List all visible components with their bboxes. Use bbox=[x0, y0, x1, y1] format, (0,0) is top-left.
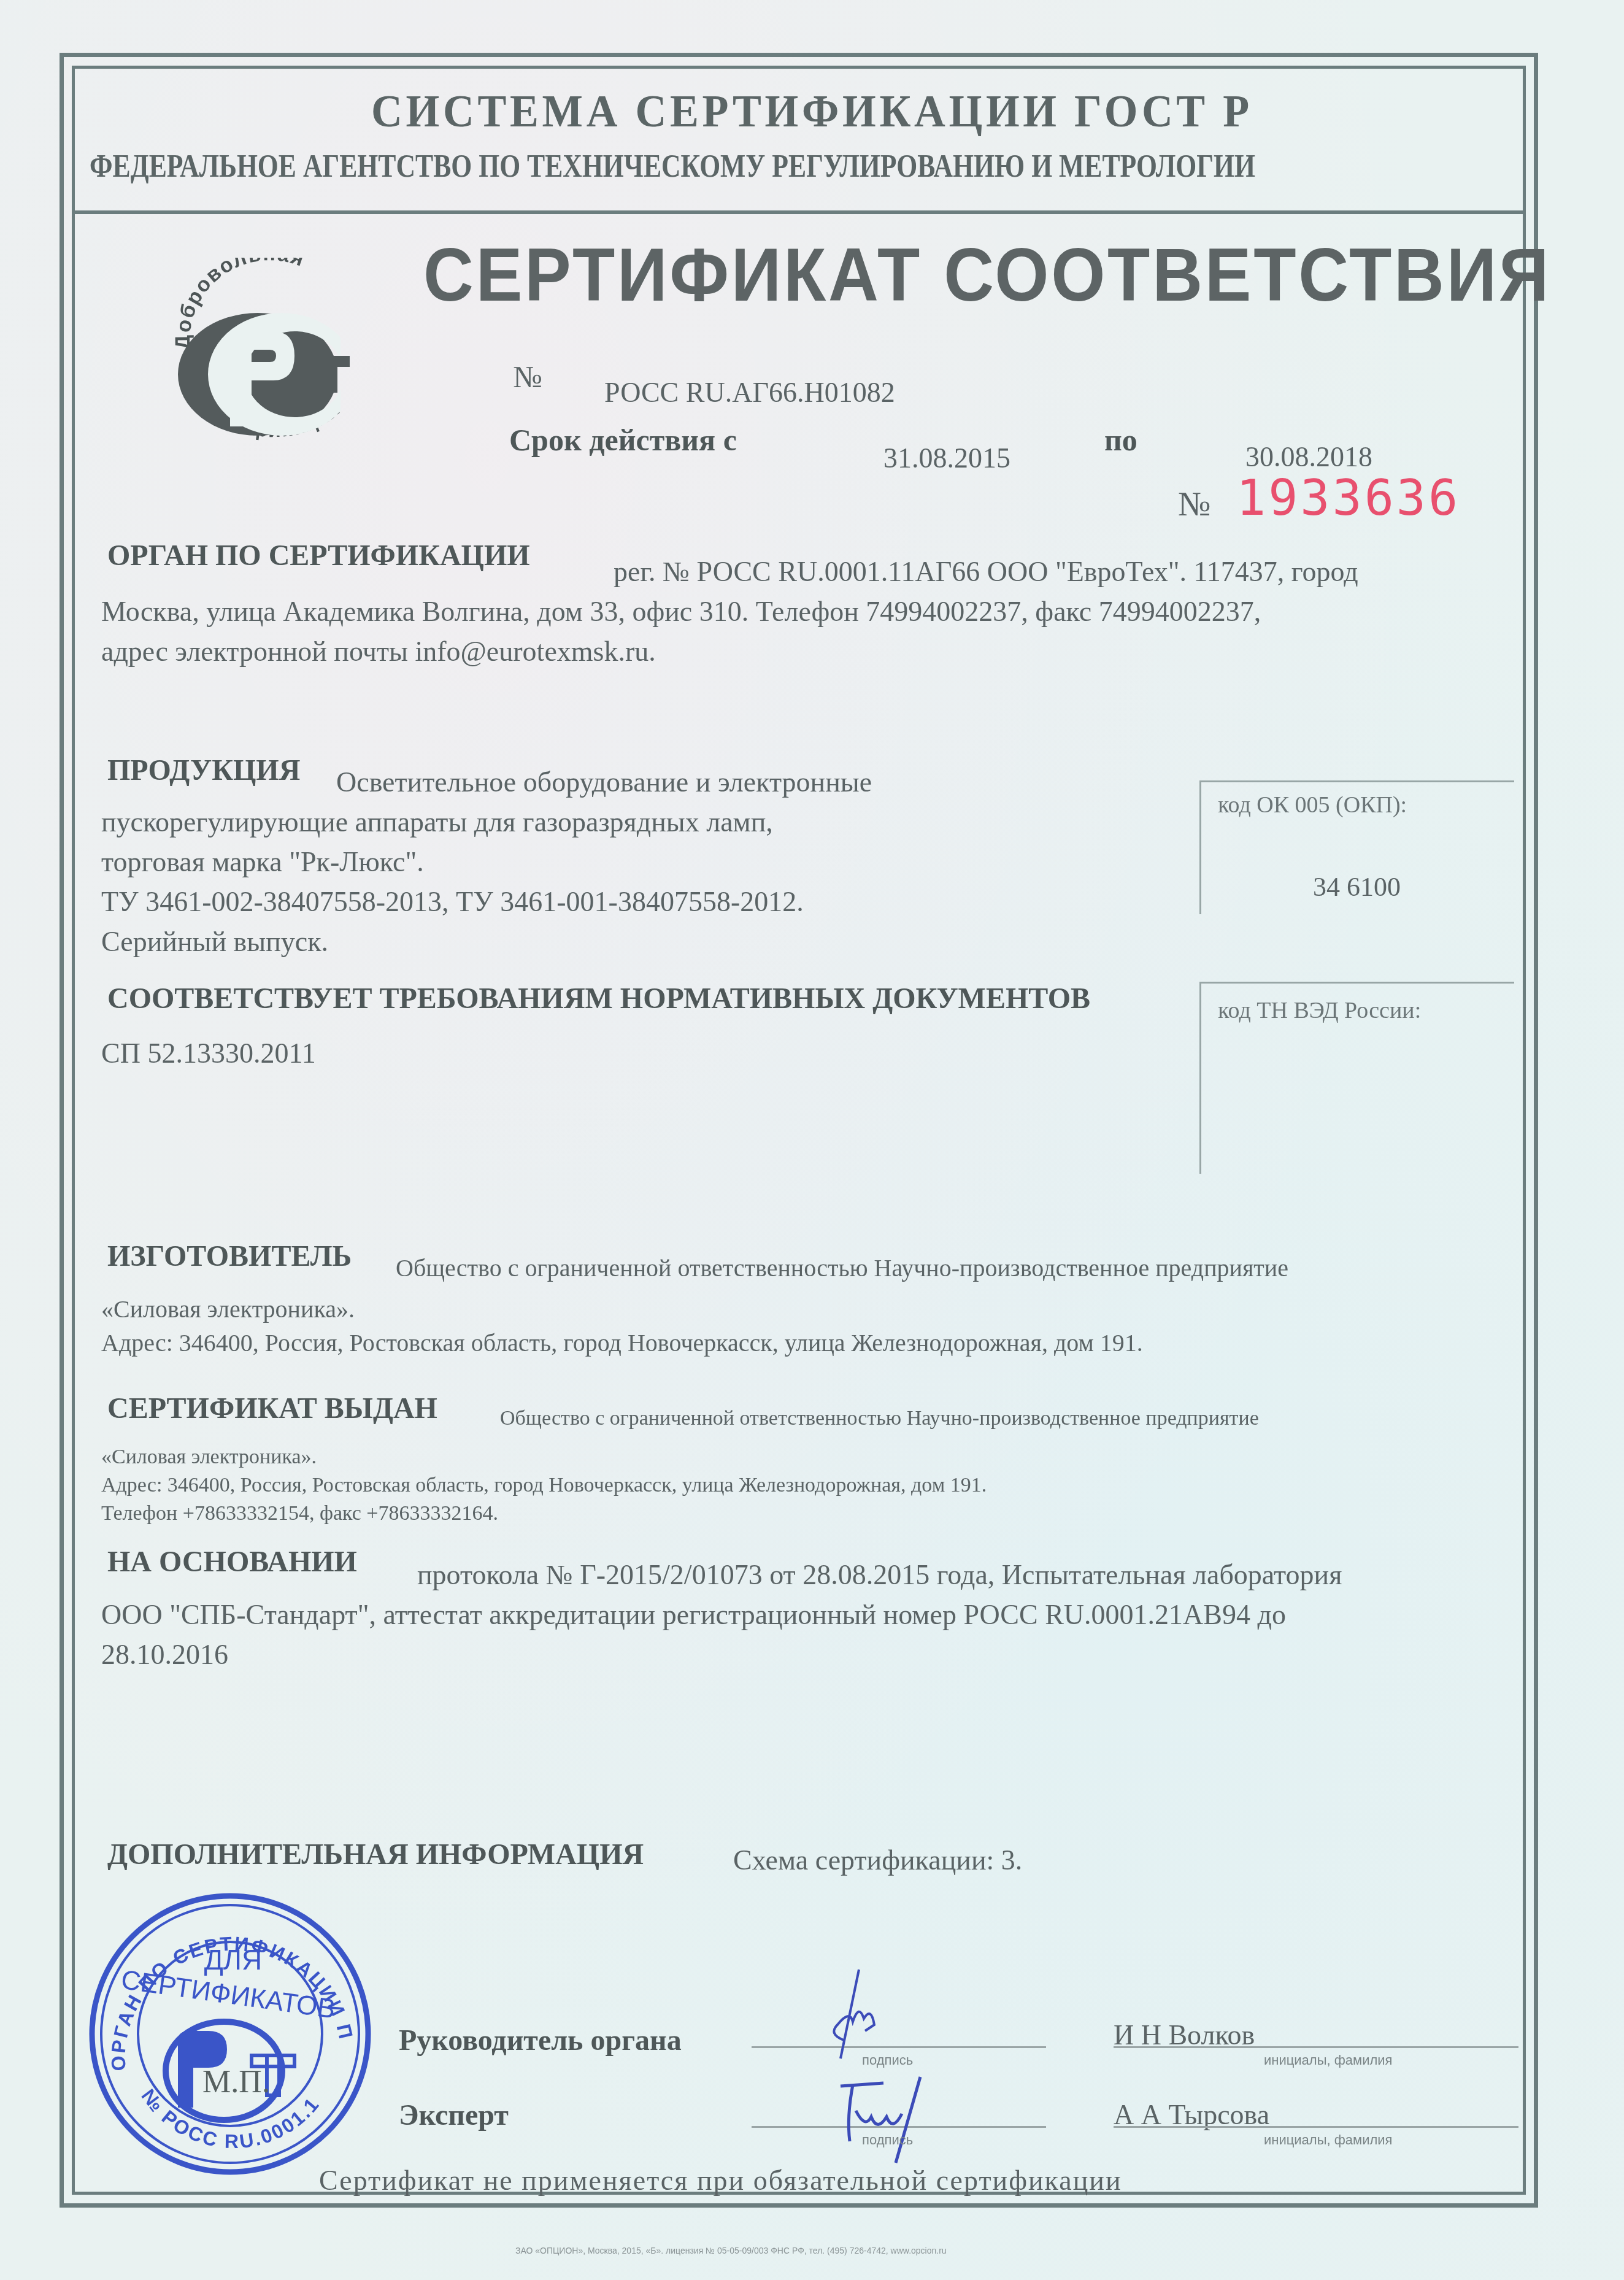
stamp-seal-icon: ОРГАН ПО СЕРТИФИКАЦИИ ПРОДУКЦИИ "ЕВРОТЕХ… bbox=[83, 1887, 377, 2181]
conformity-value: СП 52.13330.2011 bbox=[101, 1037, 316, 1069]
head-name-caption: инициалы, фамилия bbox=[1264, 2052, 1393, 2068]
manufacturer-line1: Общество с ограниченной ответственностью… bbox=[396, 1254, 1288, 1282]
tnved-code-label: код ТН ВЭД России: bbox=[1218, 997, 1421, 1024]
head-sign-caption: подпись bbox=[862, 2052, 913, 2068]
product-label: ПРОДУКЦИЯ bbox=[107, 753, 300, 787]
rst-logo: Добровольная сертификация bbox=[166, 258, 374, 460]
basis-label: НА ОСНОВАНИИ bbox=[107, 1545, 357, 1579]
expert-signature bbox=[828, 2074, 939, 2169]
basis-line3: 28.10.2016 bbox=[101, 1638, 228, 1671]
head-name-line bbox=[1114, 2046, 1518, 2048]
to-label: по bbox=[1104, 422, 1137, 458]
blank-number-label: № bbox=[1178, 485, 1210, 524]
product-line4: ТУ 3461-002-38407558-2013, ТУ 3461-001-3… bbox=[101, 885, 804, 918]
validity-label: Срок действия с bbox=[509, 422, 737, 458]
rst-mark-icon: Добровольная сертификация bbox=[166, 258, 374, 460]
agency-title: ФЕДЕРАЛЬНОЕ АГЕНТСТВО ПО ТЕХНИЧЕСКОМУ РЕ… bbox=[90, 148, 1255, 185]
header-separator bbox=[72, 210, 1526, 214]
manufacturer-line2: «Силовая электроника». bbox=[101, 1295, 355, 1323]
product-line2: пускорегулирующие аппараты для газоразря… bbox=[101, 806, 773, 838]
certificate-title: СЕРТИФИКАТ СООТВЕТСТВИЯ bbox=[423, 232, 1551, 318]
valid-from: 31.08.2015 bbox=[883, 442, 1010, 474]
printer-imprint: ЗАО «ОПЦИОН», Москва, 2015, «Б». лицензи… bbox=[515, 2246, 947, 2255]
head-label: Руководитель органа bbox=[399, 2024, 682, 2057]
official-stamp: ОРГАН ПО СЕРТИФИКАЦИИ ПРОДУКЦИИ "ЕВРОТЕХ… bbox=[83, 1887, 377, 2181]
certification-body-line2: Москва, улица Академика Волгина, дом 33,… bbox=[101, 595, 1261, 628]
certificate-number: РОСС RU.АГ66.Н01082 bbox=[604, 376, 895, 409]
basis-line1: протокола № Г-2015/2/01073 от 28.08.2015… bbox=[417, 1558, 1342, 1591]
okp-code-label: код ОК 005 (ОКП): bbox=[1218, 791, 1407, 818]
number-label: № bbox=[513, 359, 542, 395]
expert-name-caption: инициалы, фамилия bbox=[1264, 2132, 1393, 2148]
svg-text:М.П.: М.П. bbox=[202, 2065, 270, 2100]
issued-to-line1: Общество с ограниченной ответственностью… bbox=[500, 1407, 1259, 1430]
manufacturer-line3: Адрес: 346400, Россия, Ростовская област… bbox=[101, 1328, 1143, 1357]
basis-line2: ООО "СПБ-Стандарт", аттестат аккредитаци… bbox=[101, 1598, 1286, 1631]
additional-info-label: ДОПОЛНИТЕЛЬНАЯ ИНФОРМАЦИЯ bbox=[107, 1838, 644, 1871]
svg-text:ДЛЯ: ДЛЯ bbox=[204, 1944, 263, 1976]
product-line3: торговая марка "Рк-Люкс". bbox=[101, 845, 424, 878]
valid-to: 30.08.2018 bbox=[1245, 441, 1372, 473]
product-line5: Серийный выпуск. bbox=[101, 925, 328, 958]
issued-to-label: СЕРТИФИКАТ ВЫДАН bbox=[107, 1392, 437, 1425]
expert-sign-caption: подпись bbox=[862, 2132, 913, 2148]
additional-info-value: Схема сертификации: 3. bbox=[733, 1844, 1022, 1876]
certification-body-line3: адрес электронной почты info@eurotexmsk.… bbox=[101, 635, 656, 668]
blank-number: 1933636 bbox=[1236, 469, 1460, 526]
issued-to-line2: «Силовая электроника». bbox=[101, 1446, 317, 1469]
footer-note: Сертификат не применяется при обязательн… bbox=[319, 2164, 1122, 2197]
certification-body-label: ОРГАН ПО СЕРТИФИКАЦИИ bbox=[107, 539, 530, 572]
okp-code-value: 34 6100 bbox=[1313, 871, 1401, 903]
product-line1: Осветительное оборудование и электронные bbox=[336, 766, 872, 798]
manufacturer-label: ИЗГОТОВИТЕЛЬ bbox=[107, 1239, 352, 1273]
signature-scribble-icon bbox=[828, 2074, 939, 2166]
certification-body-line1: рег. № РОСС RU.0001.11АГ66 ООО "ЕвроТех"… bbox=[614, 555, 1358, 588]
expert-label: Эксперт bbox=[399, 2098, 509, 2132]
issued-to-line4: Телефон +78633332154, факс +78633332164. bbox=[101, 1502, 498, 1525]
conformity-label: СООТВЕТСТВУЕТ ТРЕБОВАНИЯМ НОРМАТИВНЫХ ДО… bbox=[107, 982, 1090, 1015]
system-title: СИСТЕМА СЕРТИФИКАЦИИ ГОСТ Р bbox=[40, 86, 1584, 138]
issued-to-line3: Адрес: 346400, Россия, Ростовская област… bbox=[101, 1474, 987, 1497]
expert-name-line bbox=[1114, 2126, 1518, 2128]
